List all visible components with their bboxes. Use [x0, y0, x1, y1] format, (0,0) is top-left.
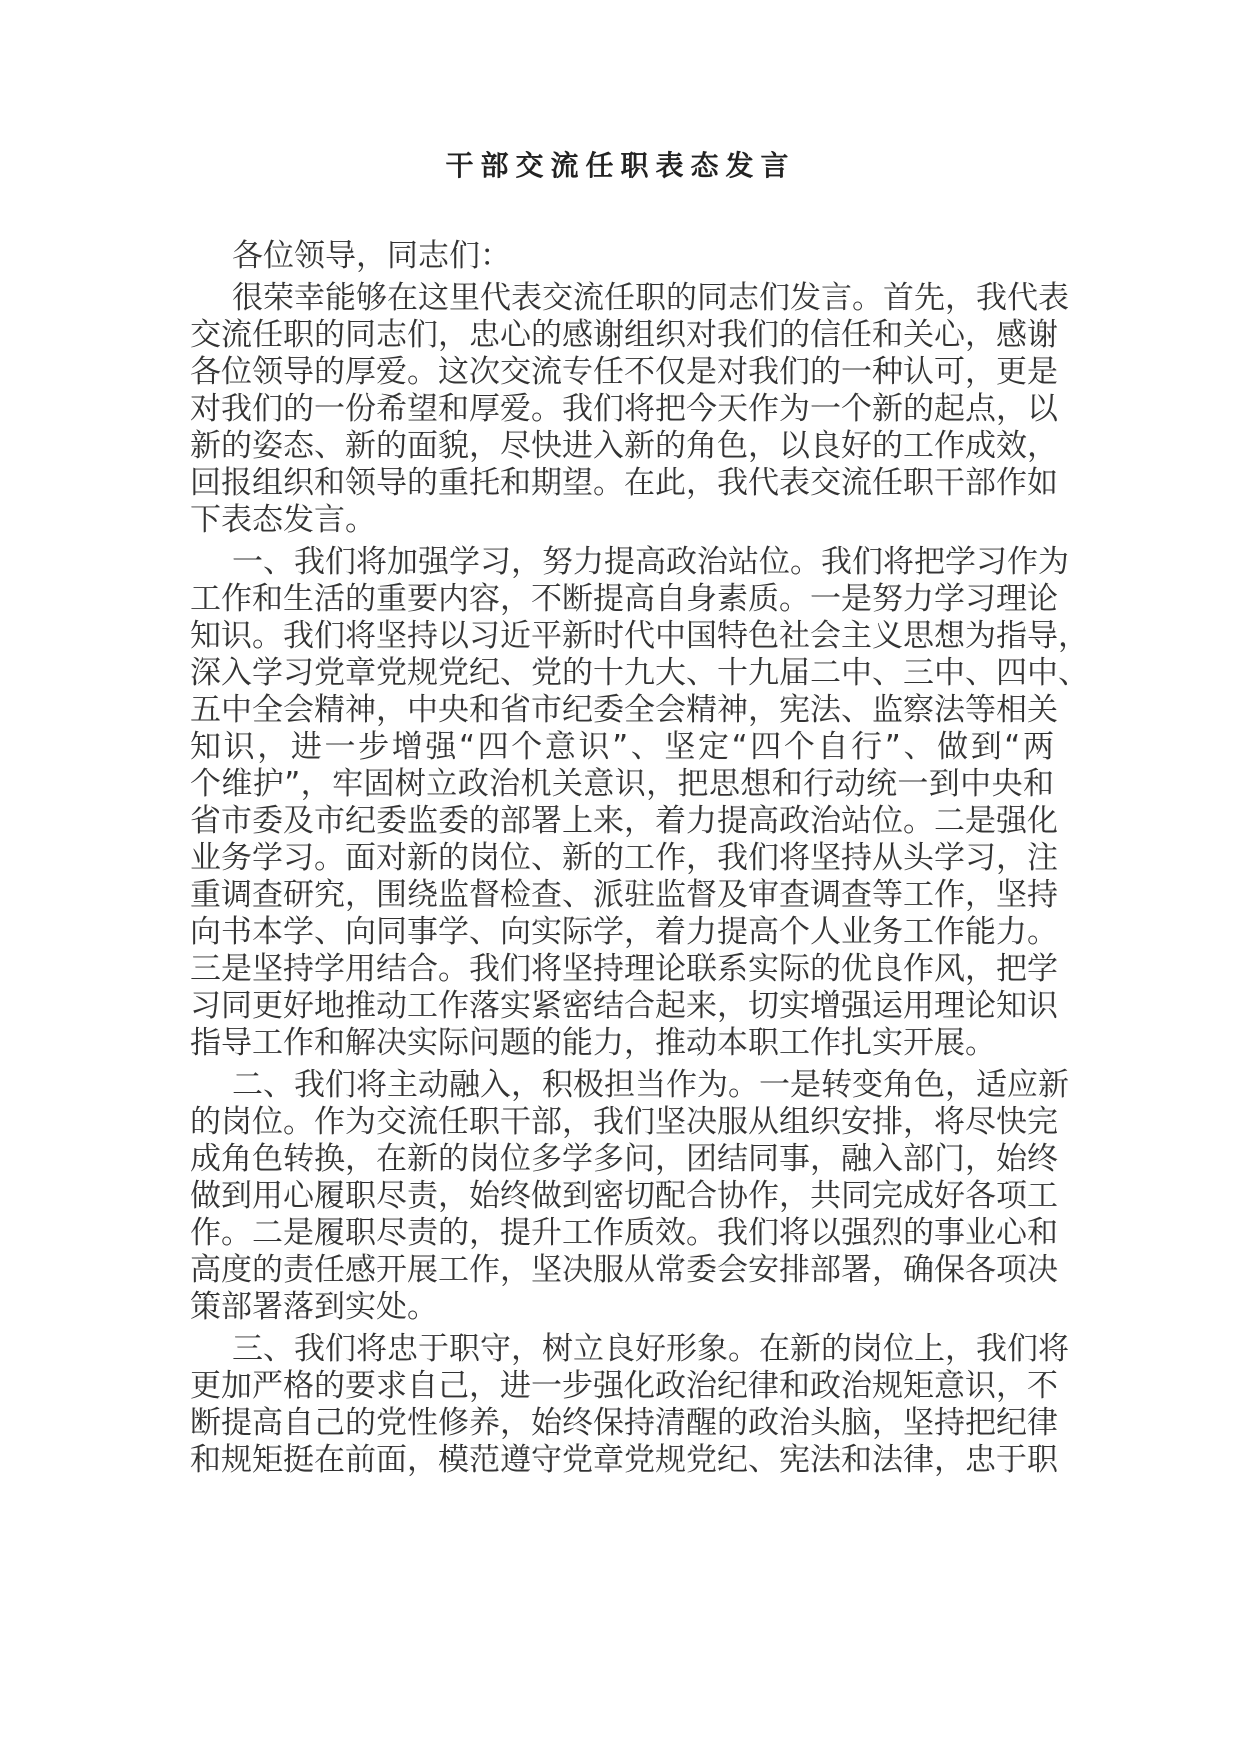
paragraph-line: 业务学习。面对新的岗位、新的工作，我们将坚持从头学习，注: [190, 840, 1054, 877]
paragraph-line: 更加严格的要求自己，进一步强化政治纪律和政治规矩意识，不: [190, 1368, 1054, 1405]
paragraph-intro: 很荣幸能够在这里代表交流任职的同志们发言。首先，我代表交流任职的同志们，忠心的感…: [190, 280, 1054, 539]
paragraph-line: 策部署落到实处。: [190, 1289, 1054, 1326]
document-body: 各位领导，同志们： 很荣幸能够在这里代表交流任职的同志们发言。首先，我代表交流任…: [190, 238, 1054, 1484]
paragraph-line: 指导工作和解决实际问题的能力，推动本职工作扎实开展。: [190, 1025, 1054, 1062]
paragraph-line: 五中全会精神，中央和省市纪委全会精神，宪法、监察法等相关: [190, 692, 1054, 729]
paragraph-section-1: 一、我们将加强学习，努力提高政治站位。我们将把学习作为工作和生活的重要内容，不断…: [190, 544, 1054, 1062]
paragraph-line: 三、我们将忠于职守，树立良好形象。在新的岗位上，我们将: [190, 1331, 1054, 1368]
paragraph-line: 二、我们将主动融入，积极担当作为。一是转变角色，适应新: [190, 1067, 1054, 1104]
paragraph-line: 向书本学、向同事学、向实际学，着力提高个人业务工作能力。: [190, 914, 1054, 951]
document-page: 干部交流任职表态发言 各位领导，同志们： 很荣幸能够在这里代表交流任职的同志们发…: [0, 0, 1241, 1755]
paragraph-line: 高度的责任感开展工作，坚决服从常委会安排部署，确保各项决: [190, 1252, 1054, 1289]
salutation: 各位领导，同志们：: [190, 238, 1054, 275]
document-title: 干部交流任职表态发言: [0, 148, 1241, 184]
paragraph-line: 省市委及市纪委监委的部署上来，着力提高政治站位。二是强化: [190, 803, 1054, 840]
paragraph-line: 下表态发言。: [190, 502, 1054, 539]
paragraph-line: 新的姿态、新的面貌，尽快进入新的角色，以良好的工作成效，: [190, 428, 1054, 465]
paragraph-line: 交流任职的同志们，忠心的感谢组织对我们的信任和关心，感谢: [190, 317, 1054, 354]
paragraph-line: 和规矩挺在前面，模范遵守党章党规党纪、宪法和法律，忠于职: [190, 1442, 1054, 1479]
paragraph-line: 很荣幸能够在这里代表交流任职的同志们发言。首先，我代表: [190, 280, 1054, 317]
paragraph-line: 三是坚持学用结合。我们将坚持理论联系实际的优良作风，把学: [190, 951, 1054, 988]
paragraph-line: 的岗位。作为交流任职干部，我们坚决服从组织安排，将尽快完: [190, 1104, 1054, 1141]
paragraph-line: 回报组织和领导的重托和期望。在此，我代表交流任职干部作如: [190, 465, 1054, 502]
paragraph-line: 一、我们将加强学习，努力提高政治站位。我们将把学习作为: [190, 544, 1054, 581]
paragraph-line: 工作和生活的重要内容，不断提高自身素质。一是努力学习理论: [190, 581, 1054, 618]
salutation-paragraph: 各位领导，同志们：: [190, 238, 1054, 275]
paragraph-line: 深入学习党章党规党纪、党的十九大、十九届二中、三中、四中、: [190, 655, 1054, 692]
paragraph-line: 知识，进一步增强“四个意识”、坚定“四个自行”、做到“两: [190, 729, 1054, 766]
paragraph-line: 个维护”，牢固树立政治机关意识，把思想和行动统一到中央和: [190, 766, 1054, 803]
paragraph-line: 习同更好地推动工作落实紧密结合起来，切实增强运用理论知识: [190, 988, 1054, 1025]
paragraph-line: 做到用心履职尽责，始终做到密切配合协作，共同完成好各项工: [190, 1178, 1054, 1215]
paragraph-line: 重调查研究，围绕监督检查、派驻监督及审查调查等工作，坚持: [190, 877, 1054, 914]
paragraph-line: 作。二是履职尽责的，提升工作质效。我们将以强烈的事业心和: [190, 1215, 1054, 1252]
paragraph-line: 知识。我们将坚持以习近平新时代中国特色社会主义思想为指导，: [190, 618, 1054, 655]
paragraph-section-2: 二、我们将主动融入，积极担当作为。一是转变角色，适应新的岗位。作为交流任职干部，…: [190, 1067, 1054, 1326]
paragraph-line: 各位领导的厚爱。这次交流专任不仅是对我们的一种认可，更是: [190, 354, 1054, 391]
paragraph-line: 对我们的一份希望和厚爱。我们将把今天作为一个新的起点，以: [190, 391, 1054, 428]
paragraph-line: 成角色转换，在新的岗位多学多问，团结同事，融入部门，始终: [190, 1141, 1054, 1178]
paragraph-line: 断提高自己的党性修养，始终保持清醒的政治头脑，坚持把纪律: [190, 1405, 1054, 1442]
paragraph-section-3: 三、我们将忠于职守，树立良好形象。在新的岗位上，我们将更加严格的要求自己，进一步…: [190, 1331, 1054, 1479]
